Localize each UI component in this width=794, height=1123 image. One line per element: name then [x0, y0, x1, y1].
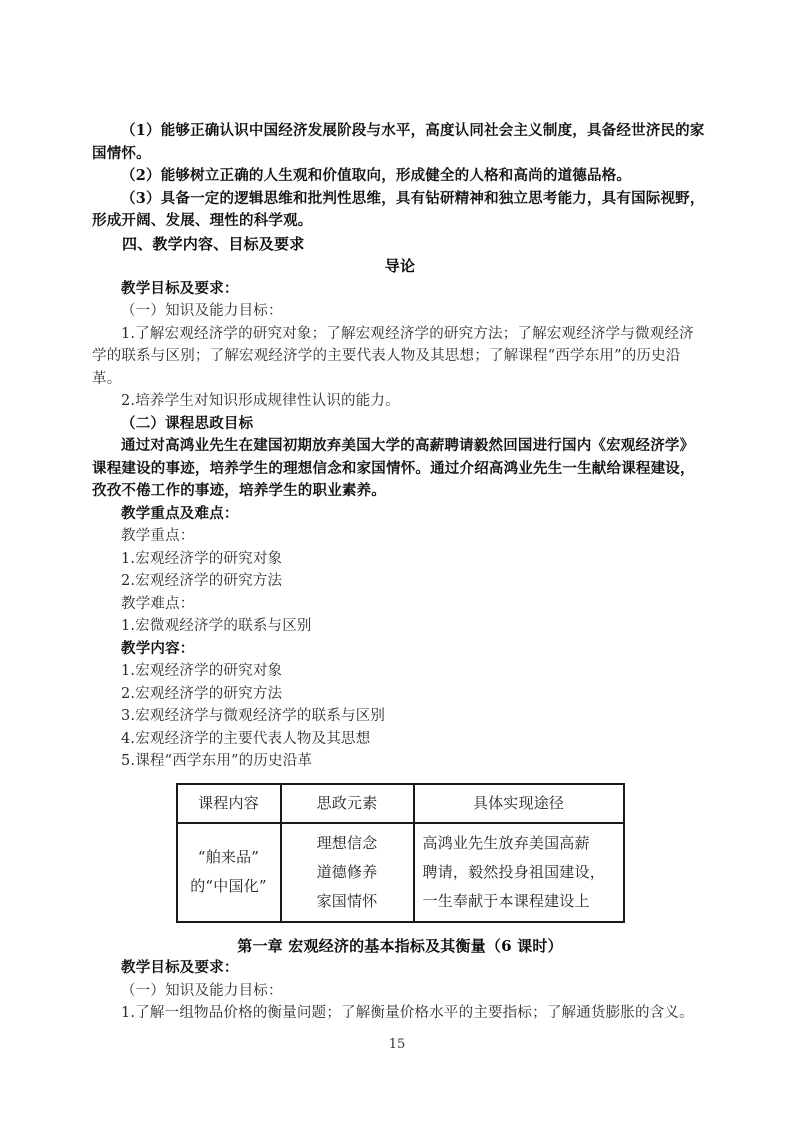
table-header-ideology-elements: 思政元素	[281, 784, 414, 823]
lesson-focus-item-2: 2.宏观经济学的研究方法	[92, 570, 708, 593]
table-header-implementation: 具体实现途径	[414, 784, 624, 823]
lesson-ideology-heading: （二）课程思政目标	[92, 413, 708, 436]
intro-item-3: （3）具备一定的逻辑思维和批判性思维，具有钻研精神和独立思考能力，具有国际视野，…	[92, 188, 708, 233]
lesson-knowledge-heading: （一）知识及能力目标：	[92, 300, 708, 323]
lesson-focus-item-1: 1.宏观经济学的研究对象	[92, 548, 708, 571]
table-row: “舶来品” 的“中国化” 理想信念 道德修养 家国情怀 高鸿业先生放弃美国高薪 …	[177, 823, 624, 922]
table-header-course-content: 课程内容	[177, 784, 281, 823]
lesson-content-item-4: 4.宏观经济学的主要代表人物及其思想	[92, 728, 708, 751]
lesson-focus-section-heading: 教学重点及难点：	[92, 503, 708, 526]
table-cell-implementation: 高鸿业先生放弃美国高薪 聘请，毅然投身祖国建设， 一生奉献于本课程建设上	[414, 823, 624, 922]
course-content-line-2: 的“中国化”	[186, 872, 272, 901]
lesson-content-item-1: 1.宏观经济学的研究对象	[92, 660, 708, 683]
document-content: （1）能够正确认识中国经济发展阶段与水平，高度认同社会主义制度，具备经世济民的家…	[92, 120, 708, 1025]
lesson-content-item-5: 5.课程“西学东用”的历史沿革	[92, 750, 708, 773]
lesson-content-heading: 教学内容：	[92, 638, 708, 661]
section-heading: 四、教学内容、目标及要求	[92, 233, 708, 256]
document-page: （1）能够正确认识中国经济发展阶段与水平，高度认同社会主义制度，具备经世济民的家…	[0, 0, 794, 1123]
lesson-difficulty-item-1: 1.宏微观经济学的联系与区别	[92, 615, 708, 638]
lesson-content-item-2: 2.宏观经济学的研究方法	[92, 683, 708, 706]
intro-item-1: （1）能够正确认识中国经济发展阶段与水平，高度认同社会主义制度，具备经世济民的家…	[92, 120, 708, 165]
lesson-objectives-heading: 教学目标及要求：	[92, 278, 708, 301]
lesson-content-item-3: 3.宏观经济学与微观经济学的联系与区别	[92, 705, 708, 728]
implementation-line-2: 聘请，毅然投身祖国建设，	[423, 858, 615, 887]
course-content-line-1: “舶来品”	[186, 843, 272, 872]
lesson-knowledge-item-2: 2.培养学生对知识形成规律性认识的能力。	[92, 390, 708, 413]
ideology-elements-table: 课程内容 思政元素 具体实现途径 “舶来品” 的“中国化” 理想信念 道德修养 …	[176, 783, 625, 923]
ideology-line-1: 理想信念	[290, 829, 405, 858]
page-number: 15	[0, 1037, 794, 1052]
lesson-ideology-paragraph: 通过对高鸿业先生在建国初期放弃美国大学的高薪聘请毅然回国进行国内《宏观经济学》课…	[92, 435, 708, 503]
implementation-line-3: 一生奉献于本课程建设上	[423, 887, 615, 916]
table-cell-ideology-elements: 理想信念 道德修养 家国情怀	[281, 823, 414, 922]
implementation-line-1: 高鸿业先生放弃美国高薪	[423, 829, 615, 858]
lesson-knowledge-item-1: 1.了解宏观经济学的研究对象；了解宏观经济学的研究方法；了解宏观经济学与微观经济…	[92, 323, 708, 391]
ideology-line-2: 道德修养	[290, 858, 405, 887]
table-header-row: 课程内容 思政元素 具体实现途径	[177, 784, 624, 823]
lesson-difficulty-label: 教学难点：	[92, 593, 708, 616]
table-cell-course-content: “舶来品” 的“中国化”	[177, 823, 281, 922]
lesson-focus-label: 教学重点：	[92, 525, 708, 548]
chapter1-title: 第一章 宏观经济的基本指标及其衡量（6 课时）	[92, 935, 708, 958]
ideology-line-3: 家国情怀	[290, 887, 405, 916]
chapter1-knowledge-heading: （一）知识及能力目标：	[92, 980, 708, 1003]
intro-item-2: （2）能够树立正确的人生观和价值取向，形成健全的人格和高尚的道德品格。	[92, 165, 708, 188]
chapter1-objectives-heading: 教学目标及要求：	[92, 957, 708, 980]
lesson-title: 导论	[92, 255, 708, 278]
chapter1-knowledge-item-1: 1.了解一组物品价格的衡量问题；了解衡量价格水平的主要指标；了解通货膨胀的含义。	[92, 1002, 708, 1025]
